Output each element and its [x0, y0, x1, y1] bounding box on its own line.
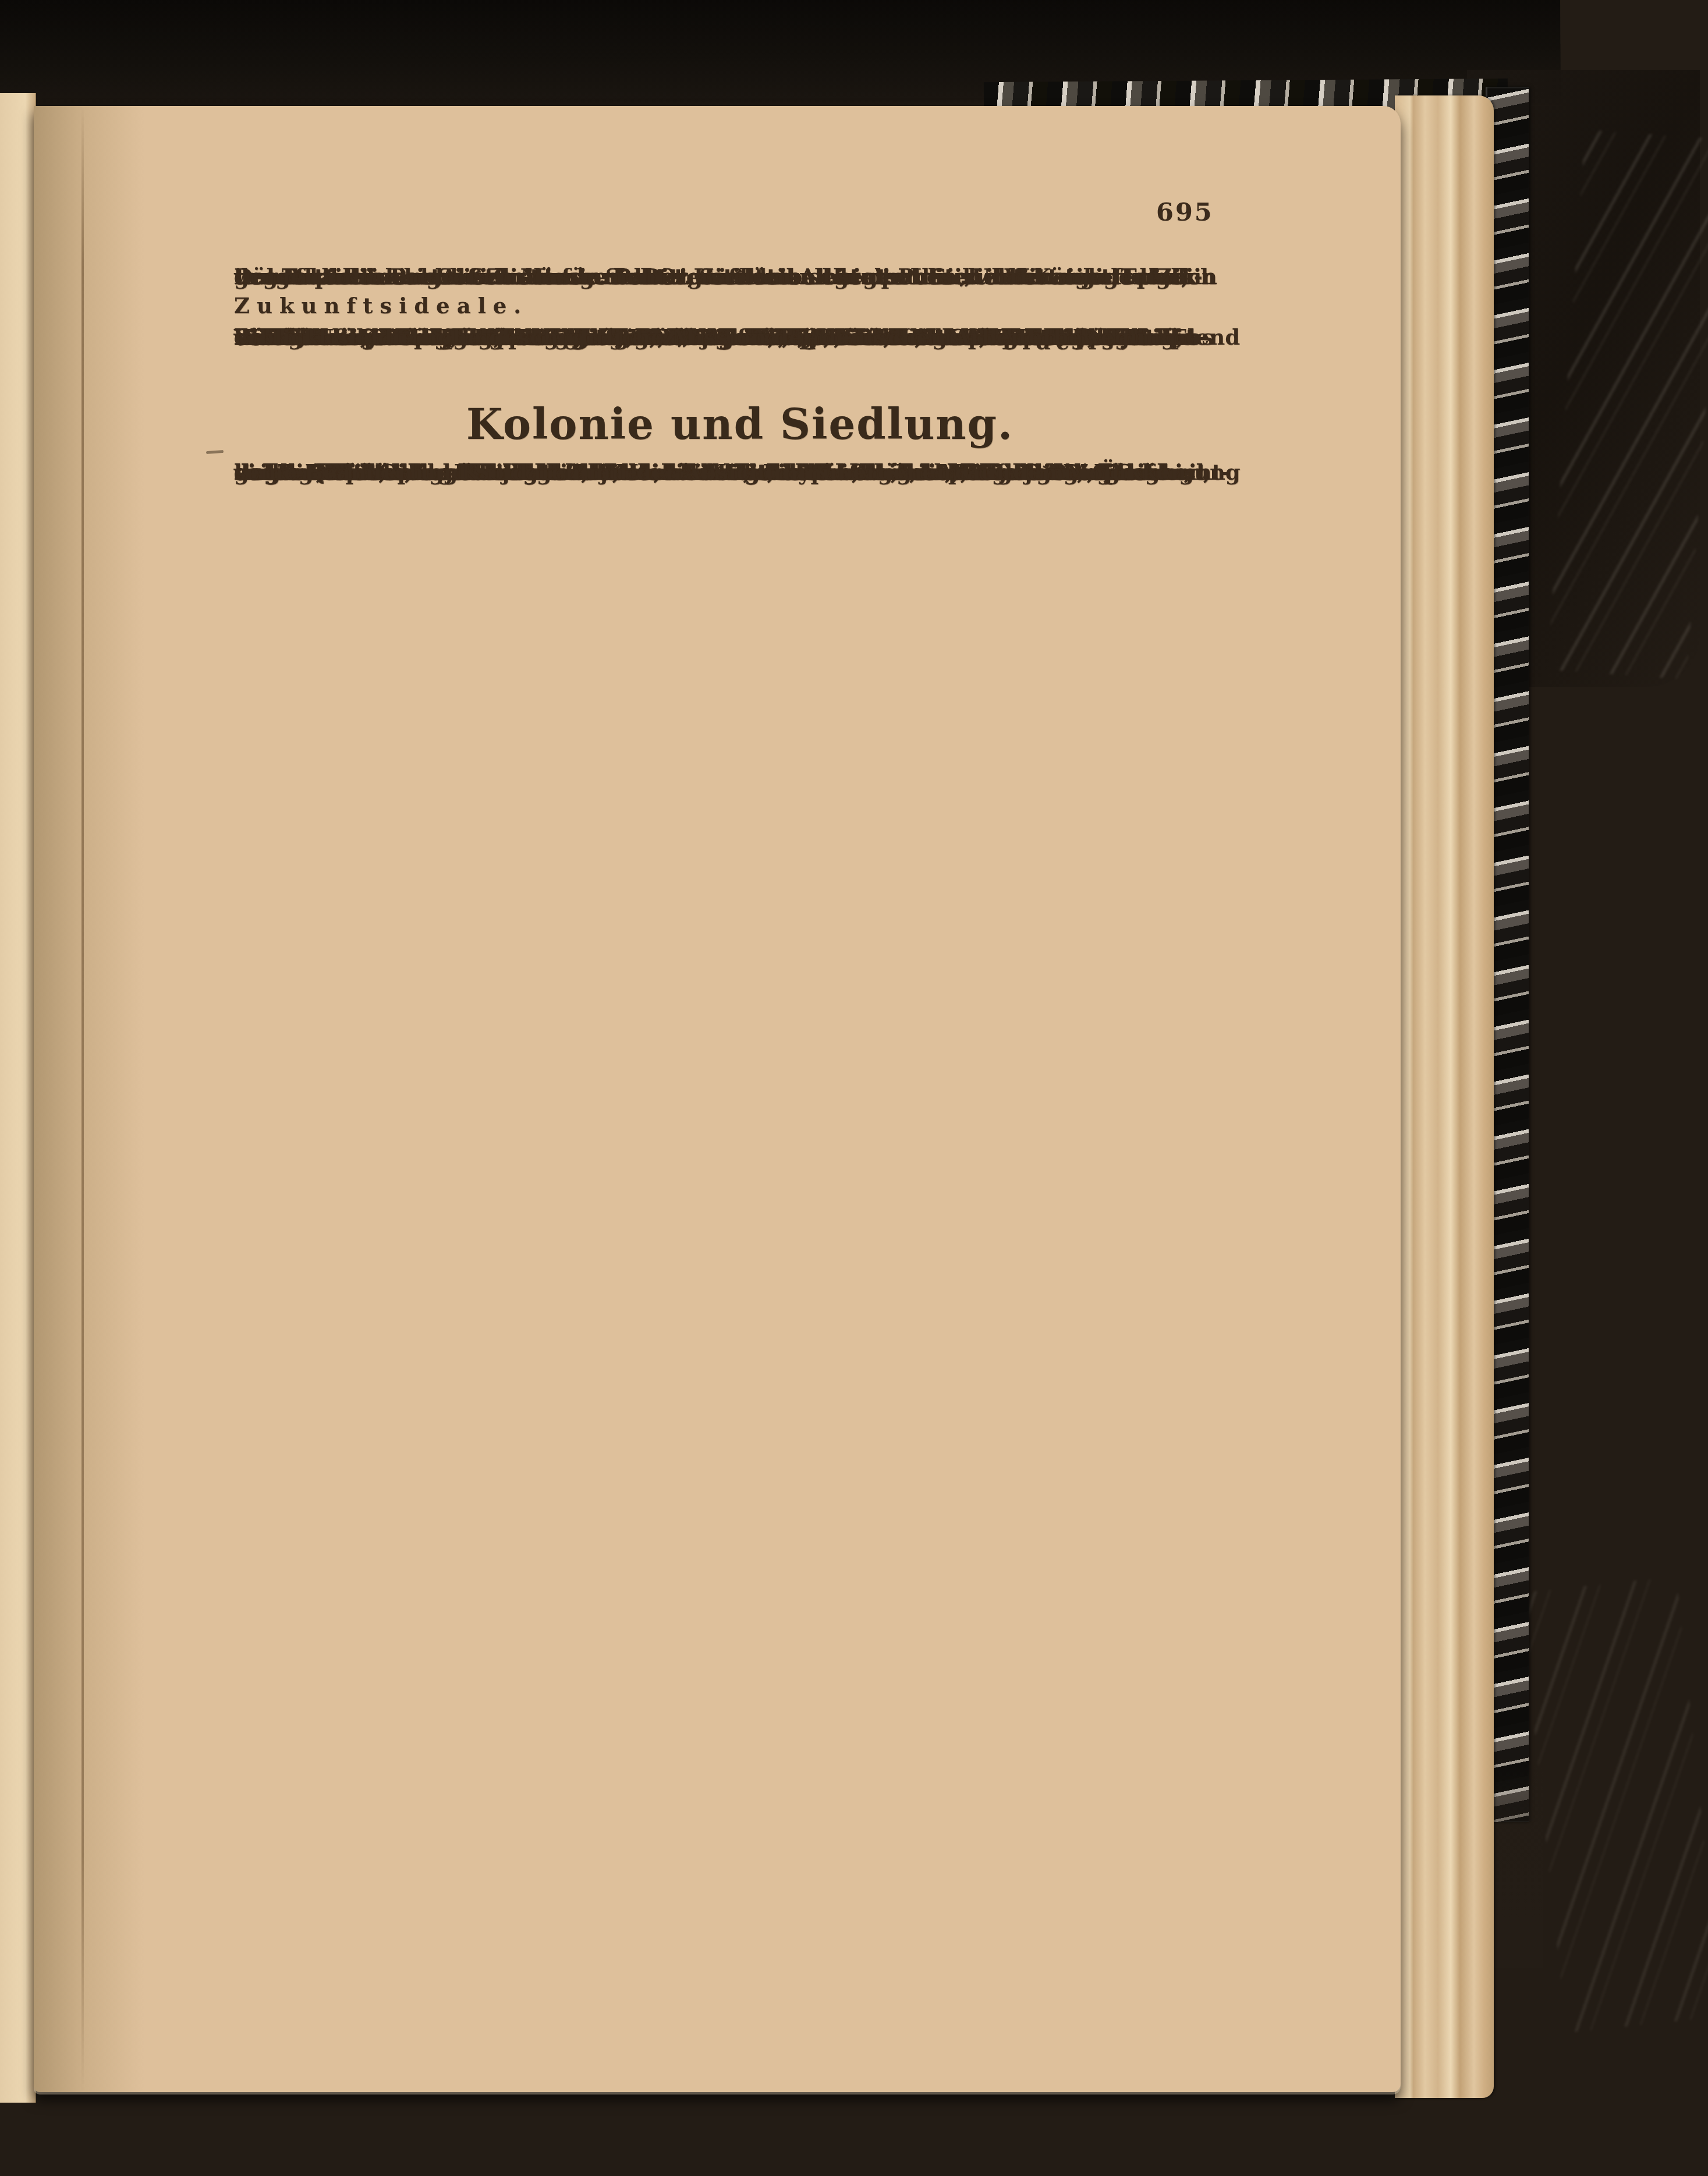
text-line: seine Beamten und Soldaten mit der Absic… — [234, 456, 1186, 488]
text-line: erblickt sie die hohe geschichtliche Mis… — [234, 321, 1183, 353]
text-column: in aufbauendem Sozialismus arbeitet. Sie… — [234, 261, 1246, 488]
section-heading: Zukunftsideale. — [234, 290, 1246, 321]
margin-pencil-mark — [206, 450, 224, 454]
marbling-reflection — [1520, 1576, 1708, 2033]
article-title: Kolonie und Siedlung. — [234, 392, 1246, 456]
page-gutter-shadow — [34, 106, 144, 2092]
scanned-book-spread: 695 in aufbauendem Sozialismus arbeitet.… — [0, 0, 1708, 2176]
opposite-page-edge — [0, 93, 36, 2103]
text-line: tungen in ihrer großen Masse nicht verst… — [234, 261, 799, 292]
page-number: 695 — [1156, 198, 1249, 227]
page-gutter-crease — [81, 106, 84, 2092]
page-edges-stack — [1395, 95, 1494, 2098]
book-page: 695 in aufbauendem Sozialismus arbeitet.… — [34, 106, 1401, 2092]
